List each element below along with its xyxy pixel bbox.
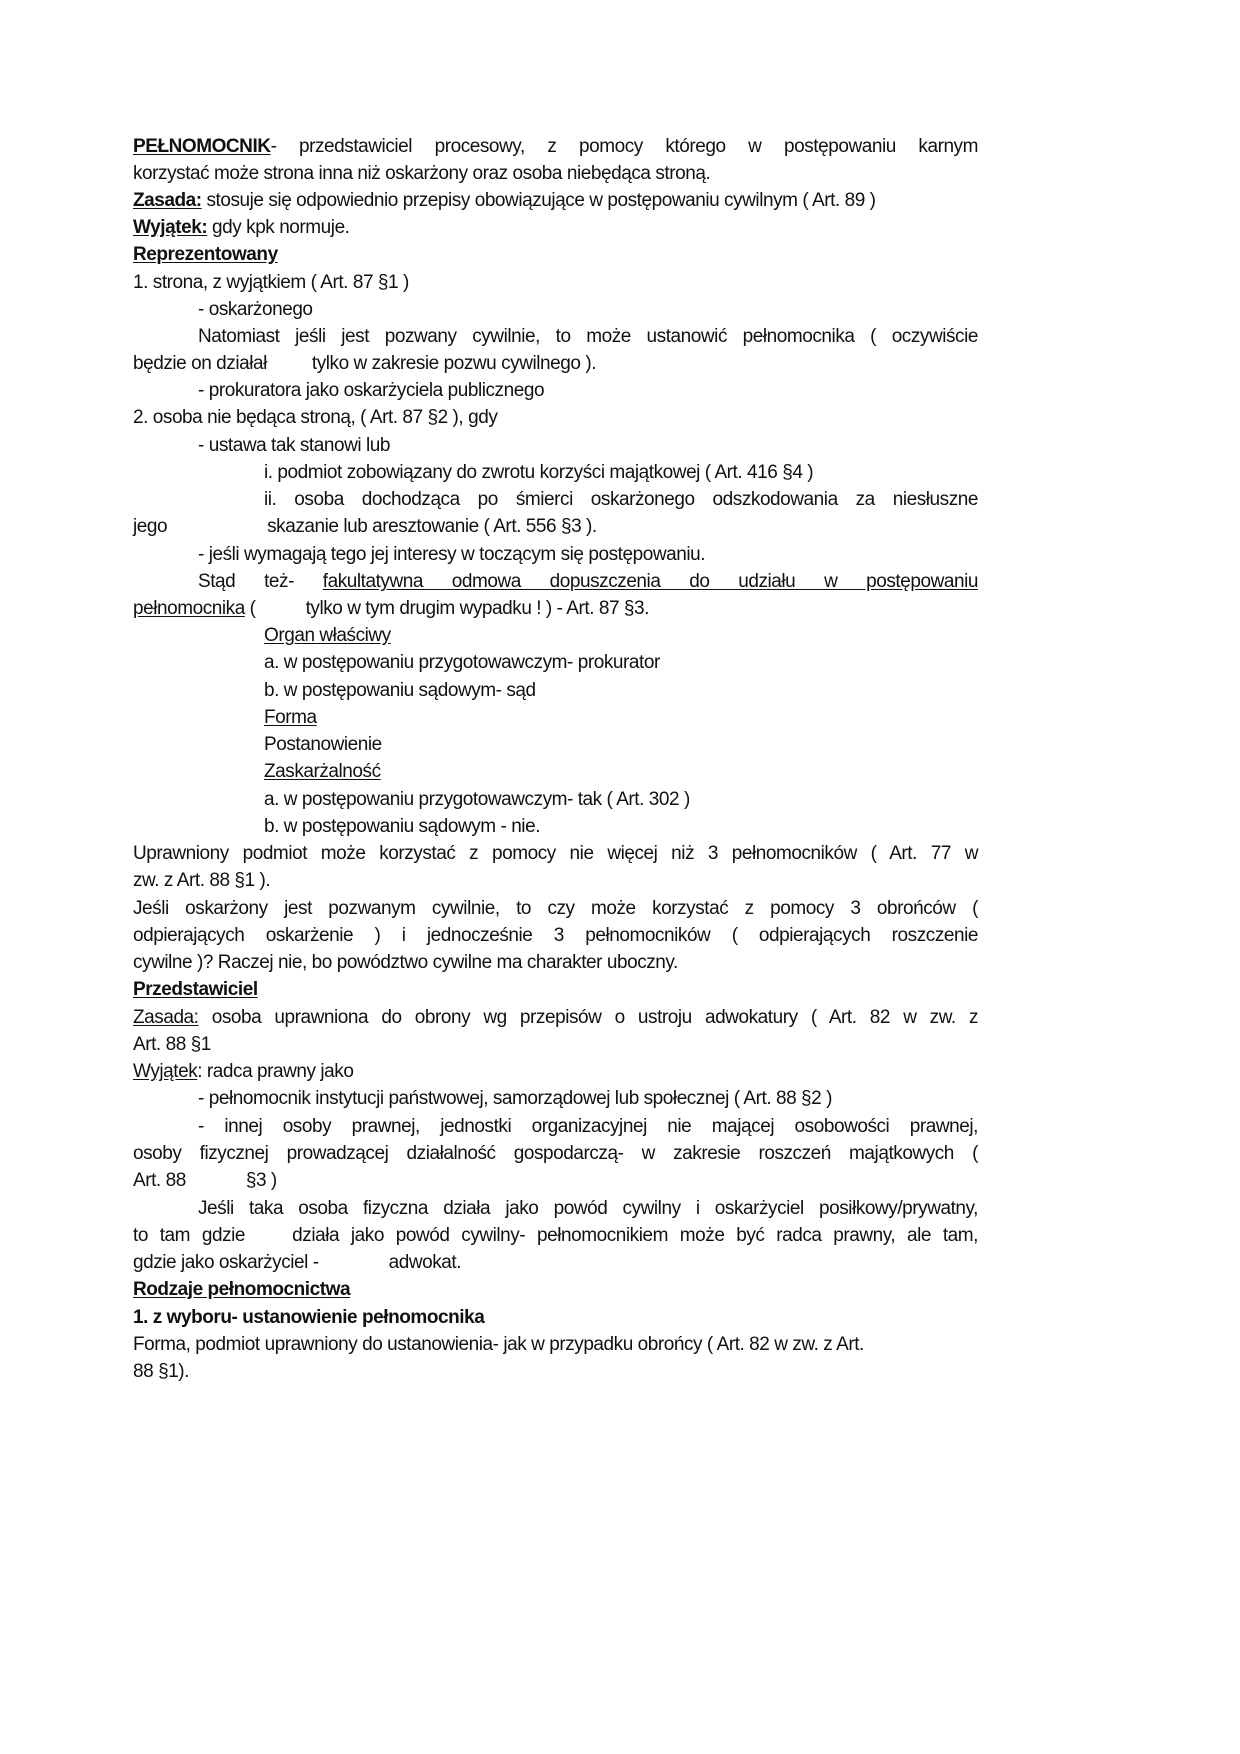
przedstawiciel-note-line-3: gdzie jako oskarżyciel -adwokat.: [133, 1249, 978, 1276]
note3-part-a: gdzie jako oskarżyciel -: [133, 1252, 319, 1273]
reprezentowany-item-1: 1. strona, z wyjątkiem ( Art. 87 §1 ): [133, 269, 978, 296]
przedstawiciel-zasada-line-2: Art. 88 §1: [133, 1031, 978, 1058]
reprezentowany-note-line-2: będzie on działałtylko w zakresie pozwu …: [133, 350, 978, 377]
rodzaje-item-1-line-1: Forma, podmiot uprawniony do ustanowieni…: [133, 1331, 978, 1358]
forma-value: Postanowienie: [264, 731, 978, 758]
art-part-b: §3 ): [246, 1170, 277, 1191]
reprezentowany-item-2: 2. osoba nie będąca stroną, ( Art. 87 §2…: [133, 404, 978, 431]
przedstawiciel-note-line-2: to tam gdzie działa jako powód cywilny- …: [133, 1222, 978, 1249]
ii-part-b: skazanie lub aresztowanie ( Art. 556 §3 …: [267, 516, 597, 537]
przedstawiciel-zasada-line-1: Zasada: osoba uprawniona do obrony wg pr…: [133, 1004, 978, 1031]
note-part-b: tylko w zakresie pozwu cywilnego ).: [312, 353, 596, 374]
note2-part-a: to tam gdzie: [133, 1225, 245, 1246]
reprezentowany-item-2b: - jeśli wymagają tego jej interesy w toc…: [198, 541, 978, 568]
przedstawiciel-zasada-label: Zasada:: [133, 1007, 199, 1028]
zasada-text: stosuje się odpowiednio przepisy obowiąz…: [202, 190, 876, 211]
term-definition: - przedstawiciel procesowy, z pomocy któ…: [271, 136, 978, 157]
stad-rest-a: (: [245, 598, 256, 619]
przedstawiciel-wyjatek-line: Wyjątek: radca prawny jako: [133, 1058, 978, 1085]
zasada-label: Zasada:: [133, 190, 202, 211]
stad-underlined-2: pełnomocnika: [133, 598, 245, 619]
limit-line-1: Uprawniony podmiot może korzystać z pomo…: [133, 840, 978, 867]
reprezentowany-heading: Reprezentowany: [133, 241, 278, 268]
przedstawiciel-heading: Przedstawiciel: [133, 976, 258, 1003]
przedstawiciel-wyjatek-label: Wyjątek: [133, 1061, 197, 1082]
przedstawiciel-item-b-line-3: Art. 88§3 ): [133, 1167, 978, 1194]
rodzaje-heading: Rodzaje pełnomocnictwa: [133, 1276, 350, 1303]
przedstawiciel-wyjatek-text: : radca prawny jako: [197, 1061, 353, 1082]
reprezentowany-item-2a-i: i. podmiot zobowiązany do zwrotu korzyśc…: [264, 459, 978, 486]
zaskarzalnosc-item-a: a. w postępowaniu przygotowawczym- tak (…: [264, 786, 978, 813]
reprezentowany-note-line-1: Natomiast jeśli jest pozwany cywilnie, t…: [198, 323, 978, 350]
reprezentowany-item-1a: - oskarżonego: [198, 296, 978, 323]
stad-underlined: fakultatywna odmowa dopuszczenia do udzi…: [323, 571, 978, 592]
limit-line-2: zw. z Art. 88 §1 ).: [133, 867, 978, 894]
term-heading: PEŁNOMOCNIK: [133, 136, 271, 157]
stad-line-1: Stąd też- fakultatywna odmowa dopuszczen…: [198, 568, 978, 595]
note2-part-b: działa jako powód cywilny- pełnomocnikie…: [292, 1225, 978, 1246]
question-line-2: odpierających oskarżenie ) i jednocześni…: [133, 922, 978, 949]
przedstawiciel-note-line-1: Jeśli taka osoba fizyczna działa jako po…: [198, 1195, 978, 1222]
question-line-3: cywilne )? Raczej nie, bo powództwo cywi…: [133, 949, 978, 976]
intro-line-2: korzystać może strona inna niż oskarżony…: [133, 160, 978, 187]
reprezentowany-item-2a-ii-line-2: jegoskazanie lub aresztowanie ( Art. 556…: [133, 513, 978, 540]
reprezentowany-item-2a-ii-line-1: ii. osoba dochodząca po śmierci oskarżon…: [264, 486, 978, 513]
wyjatek-text: gdy kpk normuje.: [207, 217, 349, 238]
reprezentowany-item-2a: - ustawa tak stanowi lub: [198, 432, 978, 459]
zasada-line: Zasada: stosuje się odpowiednio przepisy…: [133, 187, 978, 214]
przedstawiciel-item-b-line-2: osoby fizycznej prowadzącej działalność …: [133, 1140, 978, 1167]
organ-heading: Organ właściwy: [264, 622, 391, 649]
wyjatek-line: Wyjątek: gdy kpk normuje.: [133, 214, 978, 241]
reprezentowany-item-1b: - prokuratora jako oskarżyciela publiczn…: [198, 377, 978, 404]
forma-heading: Forma: [264, 704, 317, 731]
rodzaje-item-1-heading: 1. z wyboru- ustanowienie pełnomocnika: [133, 1304, 978, 1331]
przedstawiciel-item-a: - pełnomocnik instytucji państwowej, sam…: [198, 1085, 978, 1112]
organ-item-a: a. w postępowaniu przygotowawczym- proku…: [264, 649, 978, 676]
przedstawiciel-item-b-line-1: - innej osoby prawnej, jednostki organiz…: [198, 1113, 978, 1140]
stad-line-2: pełnomocnika (tylko w tym drugim wypadku…: [133, 595, 978, 622]
stad-rest-b: tylko w tym drugim wypadku ! ) - Art. 87…: [306, 598, 649, 619]
rodzaje-item-1-line-2: 88 §1).: [133, 1358, 978, 1385]
zaskarzalnosc-item-b: b. w postępowaniu sądowym - nie.: [264, 813, 978, 840]
wyjatek-label: Wyjątek:: [133, 217, 207, 238]
stad-prefix: Stąd też-: [198, 571, 294, 592]
przedstawiciel-zasada-text: osoba uprawniona do obrony wg przepisów …: [199, 1007, 978, 1028]
document-page: PEŁNOMOCNIK- przedstawiciel procesowy, z…: [0, 0, 1240, 1754]
organ-item-b: b. w postępowaniu sądowym- sąd: [264, 677, 978, 704]
ii-part-a: jego: [133, 516, 167, 537]
note-part-a: będzie on działał: [133, 353, 267, 374]
zaskarzalnosc-heading: Zaskarżalność: [264, 758, 381, 785]
intro-line-1: PEŁNOMOCNIK- przedstawiciel procesowy, z…: [133, 133, 978, 160]
question-line-1: Jeśli oskarżony jest pozwanym cywilnie, …: [133, 895, 978, 922]
note3-part-b: adwokat.: [389, 1252, 461, 1273]
art-part-a: Art. 88: [133, 1170, 186, 1191]
